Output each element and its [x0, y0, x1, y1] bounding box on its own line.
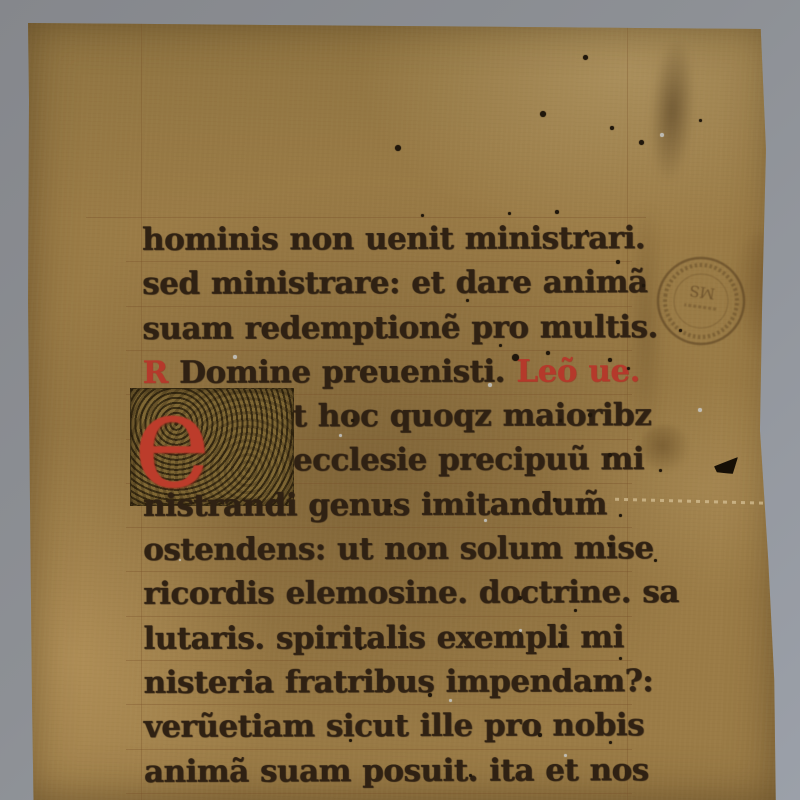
- text-line-9: ricordis elemosine. doctrine. sa: [143, 573, 639, 619]
- text-line-12: verũetiam sicut ille pro nobis: [144, 705, 640, 751]
- light-fleck: [339, 434, 342, 437]
- wormhole: [610, 126, 614, 130]
- wormhole: [616, 260, 620, 264]
- wormhole: [428, 693, 432, 697]
- wormhole: [351, 419, 354, 422]
- stamp-center-line: [684, 305, 716, 309]
- text-line-4: R Domine preuenisti. Leõ ue.: [142, 351, 638, 397]
- wormhole: [588, 413, 592, 417]
- wormhole: [699, 119, 702, 122]
- wormhole: [469, 774, 472, 777]
- ink-text: ostendens: ut non solum mise: [143, 530, 653, 568]
- wormhole: [518, 596, 522, 600]
- manuscript-leaf: MS e hominis non uenit ministrari.sed mi…: [26, 20, 778, 800]
- text-line-11: nisteria fratribus impendam?:: [144, 661, 640, 707]
- wormhole: [499, 344, 502, 347]
- wormhole: [627, 367, 630, 370]
- wormhole: [389, 504, 392, 507]
- light-fleck: [484, 519, 487, 522]
- text-line-5: t hoc quoqz maioribz: [143, 395, 639, 441]
- ink-text: Domine preuenisti.: [179, 353, 516, 390]
- text-line-2: sed ministrare: et dare animã: [142, 262, 638, 308]
- wormhole: [538, 733, 542, 737]
- wormhole: [540, 111, 546, 117]
- wormhole: [299, 599, 302, 602]
- ink-smudge: [633, 24, 709, 238]
- wormhole: [519, 7, 523, 11]
- ink-text: verũetiam sicut ille pro nobis: [144, 707, 644, 745]
- library-stamp: MS: [655, 255, 747, 347]
- ink-text: ricordis elemosine. doctrine. sa: [143, 574, 679, 612]
- ink-text: t hoc quoqz maioribz: [293, 397, 652, 434]
- ink-text: suam redemptionẽ pro multis.: [142, 309, 657, 347]
- text-line-10: lutaris. spiritalis exempli mi: [143, 617, 639, 663]
- repair-seam: [615, 498, 787, 506]
- wormhole: [679, 329, 682, 332]
- wormhole: [419, 547, 422, 550]
- ink-text: ecclesie precipuũ mi: [293, 442, 644, 479]
- text-block: hominis non uenit ministrari.sed ministr…: [142, 218, 640, 796]
- light-fleck: [488, 383, 492, 387]
- wormhole: [558, 643, 562, 647]
- wormhole: [546, 351, 550, 355]
- wormhole: [555, 210, 559, 214]
- light-fleck: [179, 559, 181, 561]
- wormhole: [609, 741, 612, 744]
- light-fleck: [698, 408, 702, 412]
- wormhole: [359, 647, 362, 650]
- text-line-13: animã suam posuit. ita et nos: [144, 750, 640, 796]
- light-fleck: [519, 629, 522, 632]
- wormhole: [559, 419, 562, 422]
- wormhole: [589, 689, 592, 692]
- wormhole: [654, 559, 657, 562]
- ink-text: nistrandi genus imitandum̃: [143, 486, 607, 524]
- wormhole: [608, 543, 612, 547]
- ink-text: animã suam posuit. ita et nos: [144, 752, 649, 790]
- text-line-6: ecclesie precipuũ mi: [143, 440, 639, 486]
- wormhole: [349, 739, 352, 742]
- ink-text: nisteria fratribus impendam?:: [144, 663, 654, 701]
- light-fleck: [564, 754, 567, 757]
- wormhole: [619, 657, 622, 660]
- wormhole: [512, 354, 519, 361]
- light-fleck: [449, 699, 452, 702]
- text-line-8: ostendens: ut non solum mise: [143, 528, 639, 574]
- wormhole: [619, 514, 622, 517]
- stamp-text: MS: [688, 281, 716, 302]
- wormhole: [659, 469, 662, 472]
- ink-text: hominis non uenit ministrari.: [142, 220, 645, 258]
- ink-text: sed ministrare: et dare animã: [142, 264, 647, 302]
- wormhole: [585, 230, 588, 233]
- light-fleck: [660, 133, 664, 137]
- rubric-text: Leõ ue.: [516, 353, 640, 389]
- wormhole: [639, 140, 644, 145]
- wormhole: [642, 284, 645, 287]
- text-line-7: nistrandi genus imitandum̃: [143, 484, 639, 530]
- wormhole: [508, 212, 511, 215]
- wormhole: [574, 609, 577, 612]
- light-fleck: [233, 355, 237, 359]
- wormhole: [608, 358, 612, 362]
- text-line-3: suam redemptionẽ pro multis.: [142, 307, 638, 353]
- wormhole: [421, 214, 424, 217]
- text-line-1: hominis non uenit ministrari.: [142, 218, 638, 264]
- parchment-hole: [714, 457, 738, 474]
- wormhole: [466, 299, 469, 302]
- ink-text: lutaris. spiritalis exempli mi: [143, 619, 624, 657]
- wormhole: [583, 55, 588, 60]
- wormhole: [608, 453, 612, 457]
- wormhole: [553, 498, 557, 502]
- rubric-text: R: [142, 355, 179, 391]
- wormhole: [395, 145, 401, 151]
